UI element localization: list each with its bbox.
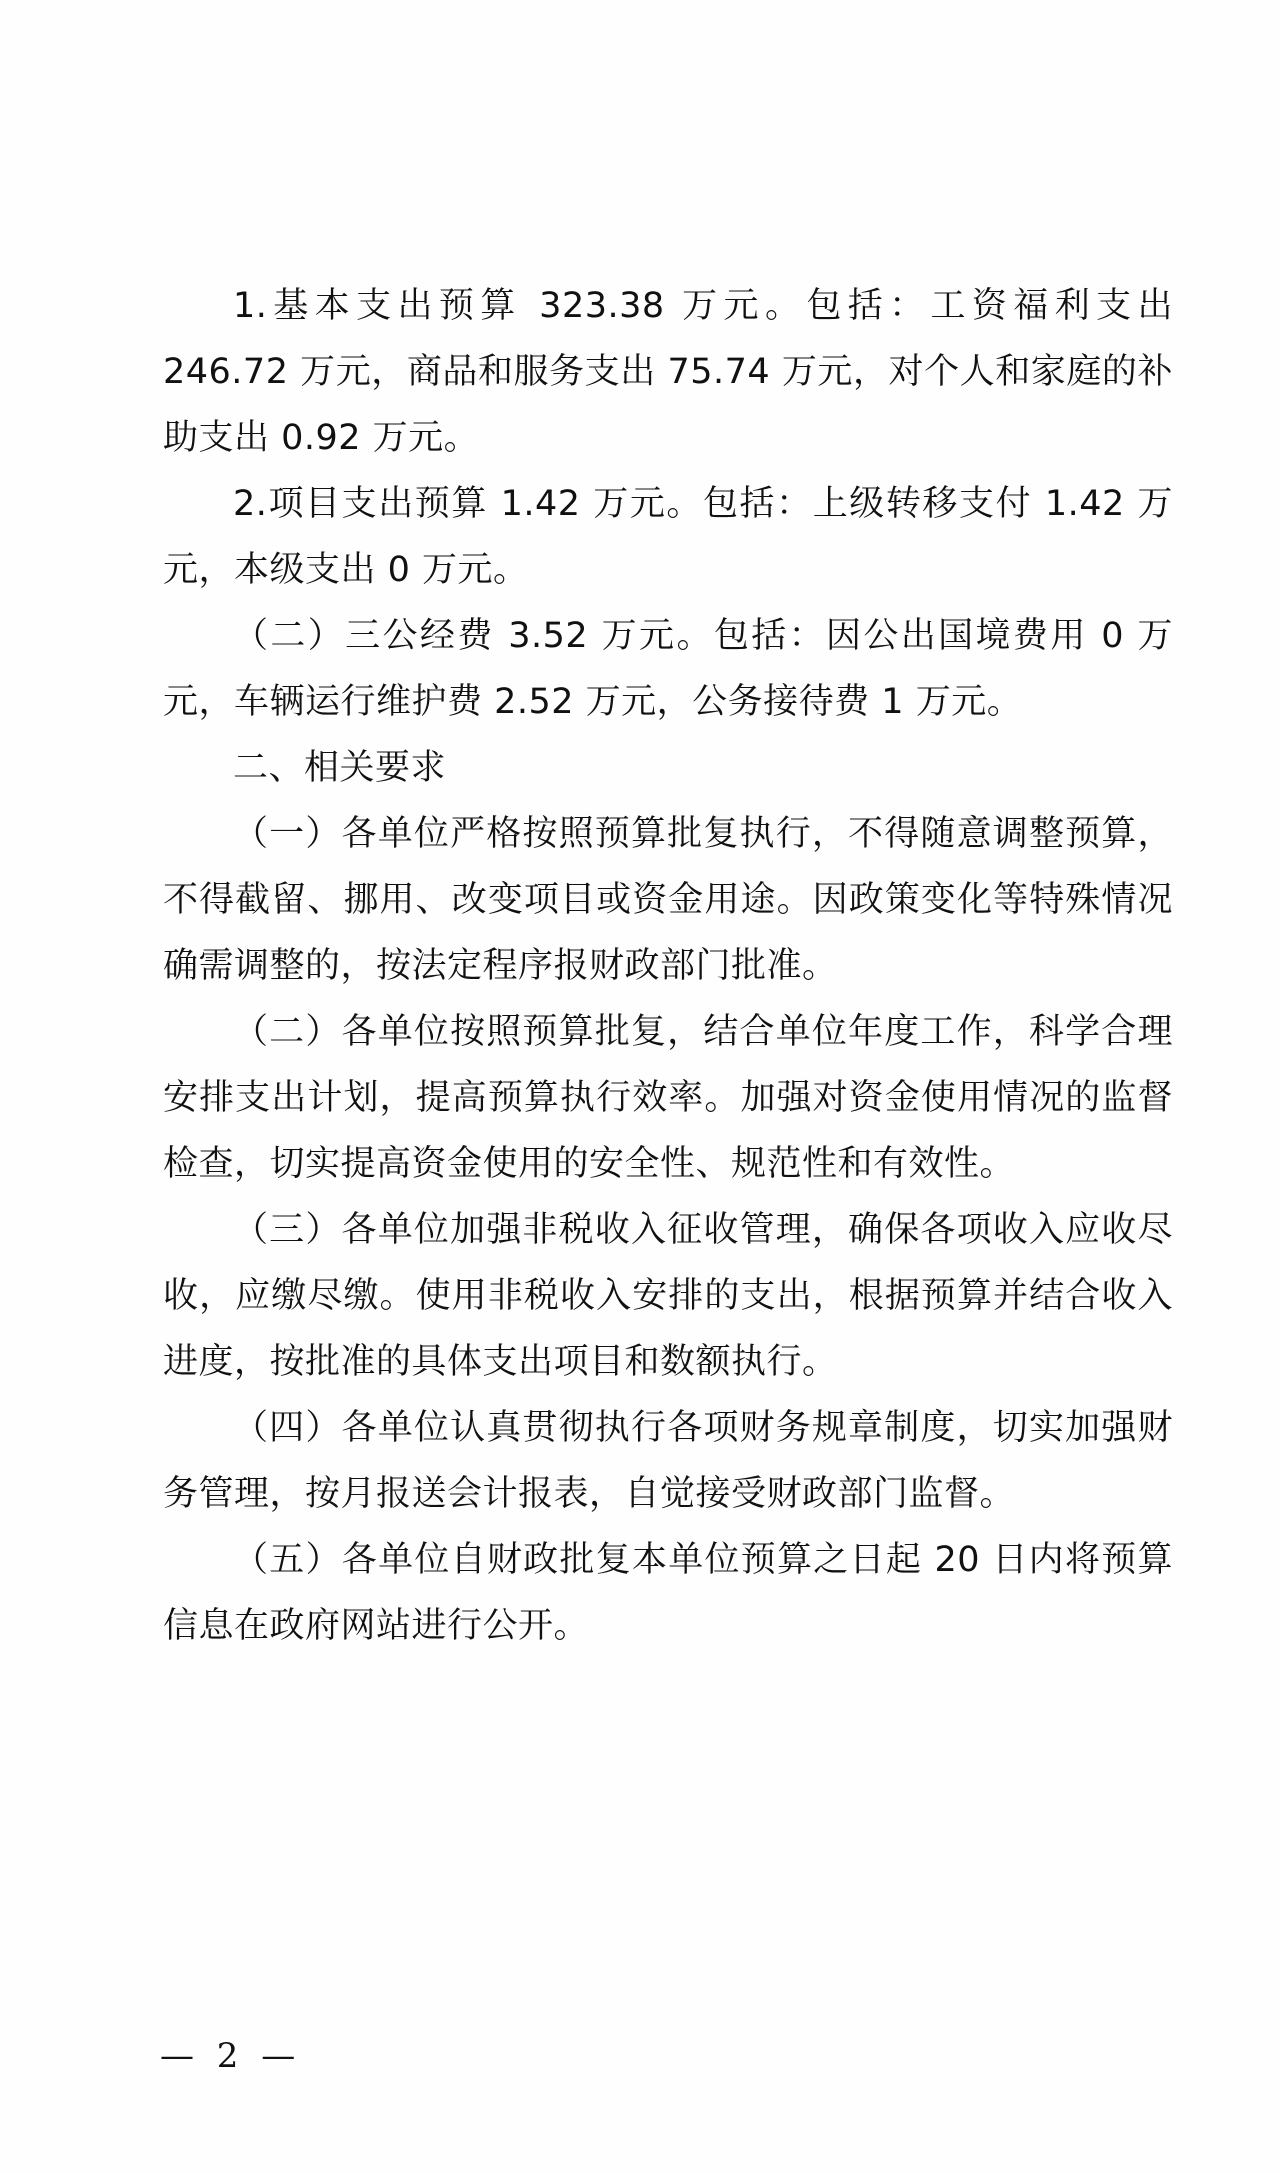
document-body: 1.基本支出预算 323.38 万元。包括：工资福利支出 246.72 万元，商… (163, 273, 1173, 1659)
paragraph-requirement-5: （五）各单位自财政批复本单位预算之日起 20 日内将预算信息在政府网站进行公开。 (163, 1527, 1173, 1659)
paragraph-requirement-3: （三）各单位加强非税收入征收管理，确保各项收入应收尽收，应缴尽缴。使用非税收入安… (163, 1197, 1173, 1395)
paragraph-requirement-1: （一）各单位严格按照预算批复执行，不得随意调整预算，不得截留、挪用、改变项目或资… (163, 801, 1173, 999)
paragraph-project-expenditure: 2.项目支出预算 1.42 万元。包括：上级转移支付 1.42 万元，本级支出 … (163, 471, 1173, 603)
paragraph-basic-expenditure: 1.基本支出预算 323.38 万元。包括：工资福利支出 246.72 万元，商… (163, 273, 1173, 471)
paragraph-three-public-expenses: （二）三公经费 3.52 万元。包括：因公出国境费用 0 万元，车辆运行维护费 … (163, 603, 1173, 735)
paragraph-requirement-4: （四）各单位认真贯彻执行各项财务规章制度，切实加强财务管理，按月报送会计报表，自… (163, 1395, 1173, 1527)
section-heading-requirements: 二、相关要求 (163, 735, 1173, 801)
paragraph-requirement-2: （二）各单位按照预算批复，结合单位年度工作，科学合理安排支出计划，提高预算执行效… (163, 999, 1173, 1197)
document-page: 1.基本支出预算 323.38 万元。包括：工资福利支出 246.72 万元，商… (0, 0, 1280, 2173)
page-number: — 2 — (160, 2036, 301, 2076)
